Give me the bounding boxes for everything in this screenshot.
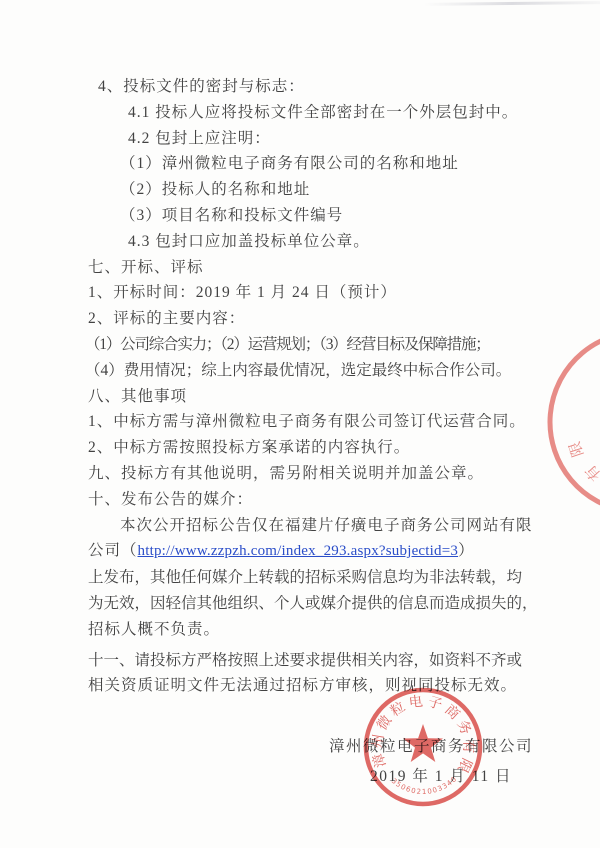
doc-line: 4.3 包封口应加盖投标单位公章。	[128, 229, 558, 255]
svg-text:漳州微粒电子商务有限公司: 漳州微粒电子商务有限公司	[554, 318, 600, 528]
doc-line: 相关资质证明文件无法通过招标方审核，则视同投标无效。	[88, 673, 558, 699]
doc-line: 九、投标方有其他说明，需另附相关说明并加盖公章。	[88, 461, 558, 487]
doc-line: 十一、请投标方严格按照上述要求提供相关内容，如资料不齐或	[88, 648, 558, 674]
edge-seal-company-text: 漳州微粒电子商务有限公司	[554, 318, 600, 528]
doc-line: 4、投标文件的密封与标志：	[98, 74, 558, 100]
url-prefix: 公司（	[88, 542, 138, 559]
announcement-url-link[interactable]: http://www.zzpzh.com/index_293.aspx?subj…	[138, 543, 459, 559]
doc-line: 2、评标的主要内容：	[88, 306, 558, 332]
doc-line-url: 公司（http://www.zzpzh.com/index_293.aspx?s…	[88, 538, 558, 565]
doc-line: 1、中标方需与漳州微粒电子商务有限公司签订代运营合同。	[88, 409, 558, 435]
doc-line: （4）费用情况；综上内容最优情况，选定最终中标合作公司。	[85, 358, 558, 384]
doc-line: （3）项目名称和投标文件编号	[120, 203, 558, 229]
doc-line: 本次公开招标公告仅在福建片仔癀电子商务公司网站有限	[120, 513, 558, 539]
doc-line: 4.2 包封上应注明：	[128, 126, 558, 152]
doc-line: 4.1 投标人应将投标文件全部密封在一个外层包封中。	[128, 100, 558, 126]
doc-line: （2）投标人的名称和地址	[120, 177, 558, 203]
signature-date: 2019 年 1 月 11 日	[329, 766, 533, 788]
doc-line: 八、其他事项	[88, 384, 558, 410]
url-suffix: ）	[458, 542, 475, 559]
doc-line: （1）漳州微粒电子商务有限公司的名称和地址	[120, 151, 558, 177]
scan-artifact-line	[424, 1, 600, 6]
doc-line: 2、中标方需按照投标方案承诺的内容执行。	[88, 435, 558, 461]
signature-company: 漳州微粒电子商务有限公司	[329, 736, 533, 758]
doc-line: 招标人概不负责。	[88, 617, 558, 643]
scanned-page: 4、投标文件的密封与标志：4.1 投标人应将投标文件全部密封在一个外层包封中。4…	[0, 0, 600, 848]
doc-body: 4、投标文件的密封与标志：4.1 投标人应将投标文件全部密封在一个外层包封中。4…	[88, 74, 558, 699]
doc-line: 十、发布公告的媒介：	[88, 487, 558, 513]
doc-line: 七、开标、评标	[88, 255, 558, 281]
doc-line: （1）公司综合实力；（2）运营规划；（3）经营目标及保障措施；	[85, 332, 558, 358]
doc-line: 为无效，因轻信其他组织、个人或媒介提供的信息而造成损失的，	[88, 591, 558, 617]
signature-block: 漳州微粒电子商务有限公司 2019 年 1 月 11 日	[329, 736, 533, 788]
doc-line: 上发布，其他任何媒介上转载的招标采购信息均为非法转载，均	[88, 565, 558, 591]
doc-line: 1、开标时间：2019 年 1 月 24 日（预计）	[88, 280, 558, 306]
